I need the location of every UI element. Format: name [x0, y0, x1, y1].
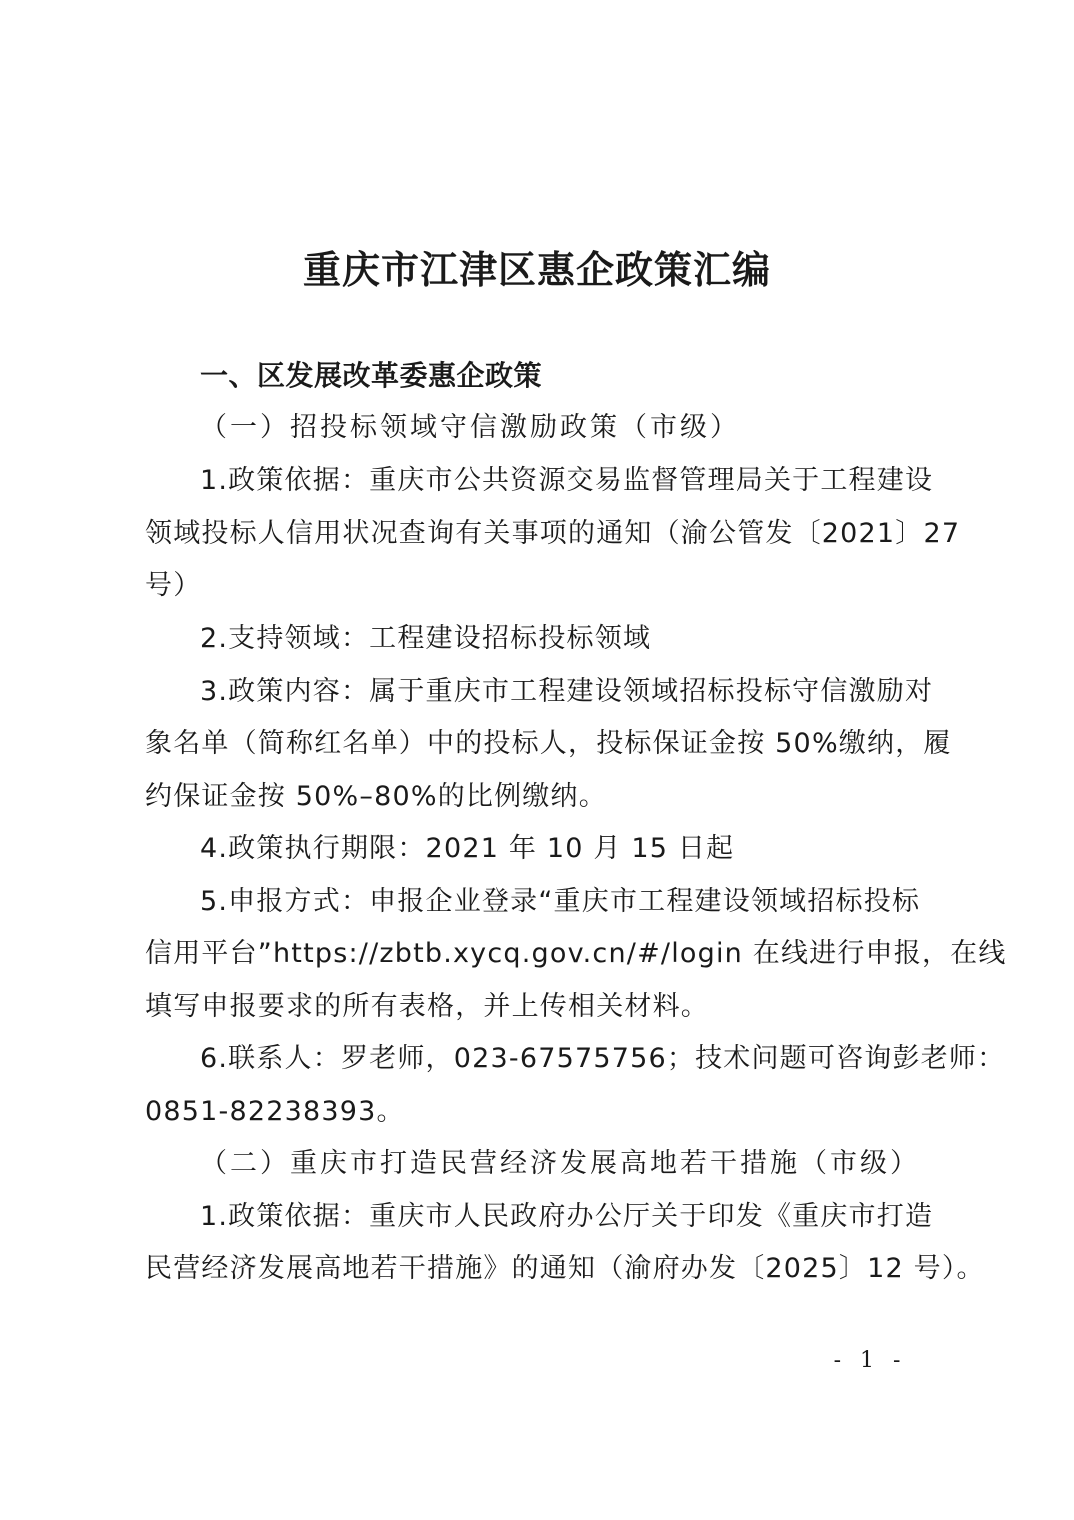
subsection-heading-1: （一）招投标领域守信激励政策（市级）	[200, 408, 945, 448]
policy-basis-2-line-1: 1.政策依据：重庆市人民政府办公厅关于印发《重庆市打造	[200, 1197, 945, 1237]
document-page: 重庆市江津区惠企政策汇编 一、区发展改革委惠企政策 （一）招投标领域守信激励政策…	[0, 0, 1074, 1520]
document-title: 重庆市江津区惠企政策汇编	[0, 244, 1074, 296]
application-method-line-3: 填写申报要求的所有表格，并上传相关材料。	[145, 987, 945, 1027]
section-heading-1: 一、区发展改革委惠企政策	[200, 356, 945, 396]
policy-basis-line-1: 1.政策依据：重庆市公共资源交易监督管理局关于工程建设	[200, 461, 945, 501]
policy-basis-line-3: 号）	[145, 566, 945, 606]
contact-line-1: 6.联系人：罗老师，023-67575756；技术问题可咨询彭老师：	[200, 1039, 945, 1079]
application-method-line-2: 信用平台”https://zbtb.xycq.gov.cn/#/login 在线…	[145, 934, 945, 974]
page-number: - 1 -	[830, 1348, 910, 1374]
support-field: 2.支持领域：工程建设招标投标领域	[200, 619, 945, 659]
policy-content-line-2: 象名单（简称红名单）中的投标人，投标保证金按 50%缴纳，履	[145, 724, 945, 764]
application-method-line-1: 5.申报方式：申报企业登录“重庆市工程建设领域招标投标	[200, 882, 945, 922]
subsection-heading-2: （二）重庆市打造民营经济发展高地若干措施（市级）	[200, 1144, 945, 1184]
policy-content-line-3: 约保证金按 50%–80%的比例缴纳。	[145, 777, 945, 817]
policy-basis-line-2: 领域投标人信用状况查询有关事项的通知（渝公管发〔2021〕27	[145, 514, 945, 554]
contact-line-2: 0851-82238393。	[145, 1092, 945, 1132]
policy-basis-2-line-2: 民营经济发展高地若干措施》的通知（渝府办发〔2025〕12 号）。	[145, 1249, 945, 1289]
execution-period: 4.政策执行期限：2021 年 10 月 15 日起	[200, 829, 945, 869]
policy-content-line-1: 3.政策内容：属于重庆市工程建设领域招标投标守信激励对	[200, 672, 945, 712]
